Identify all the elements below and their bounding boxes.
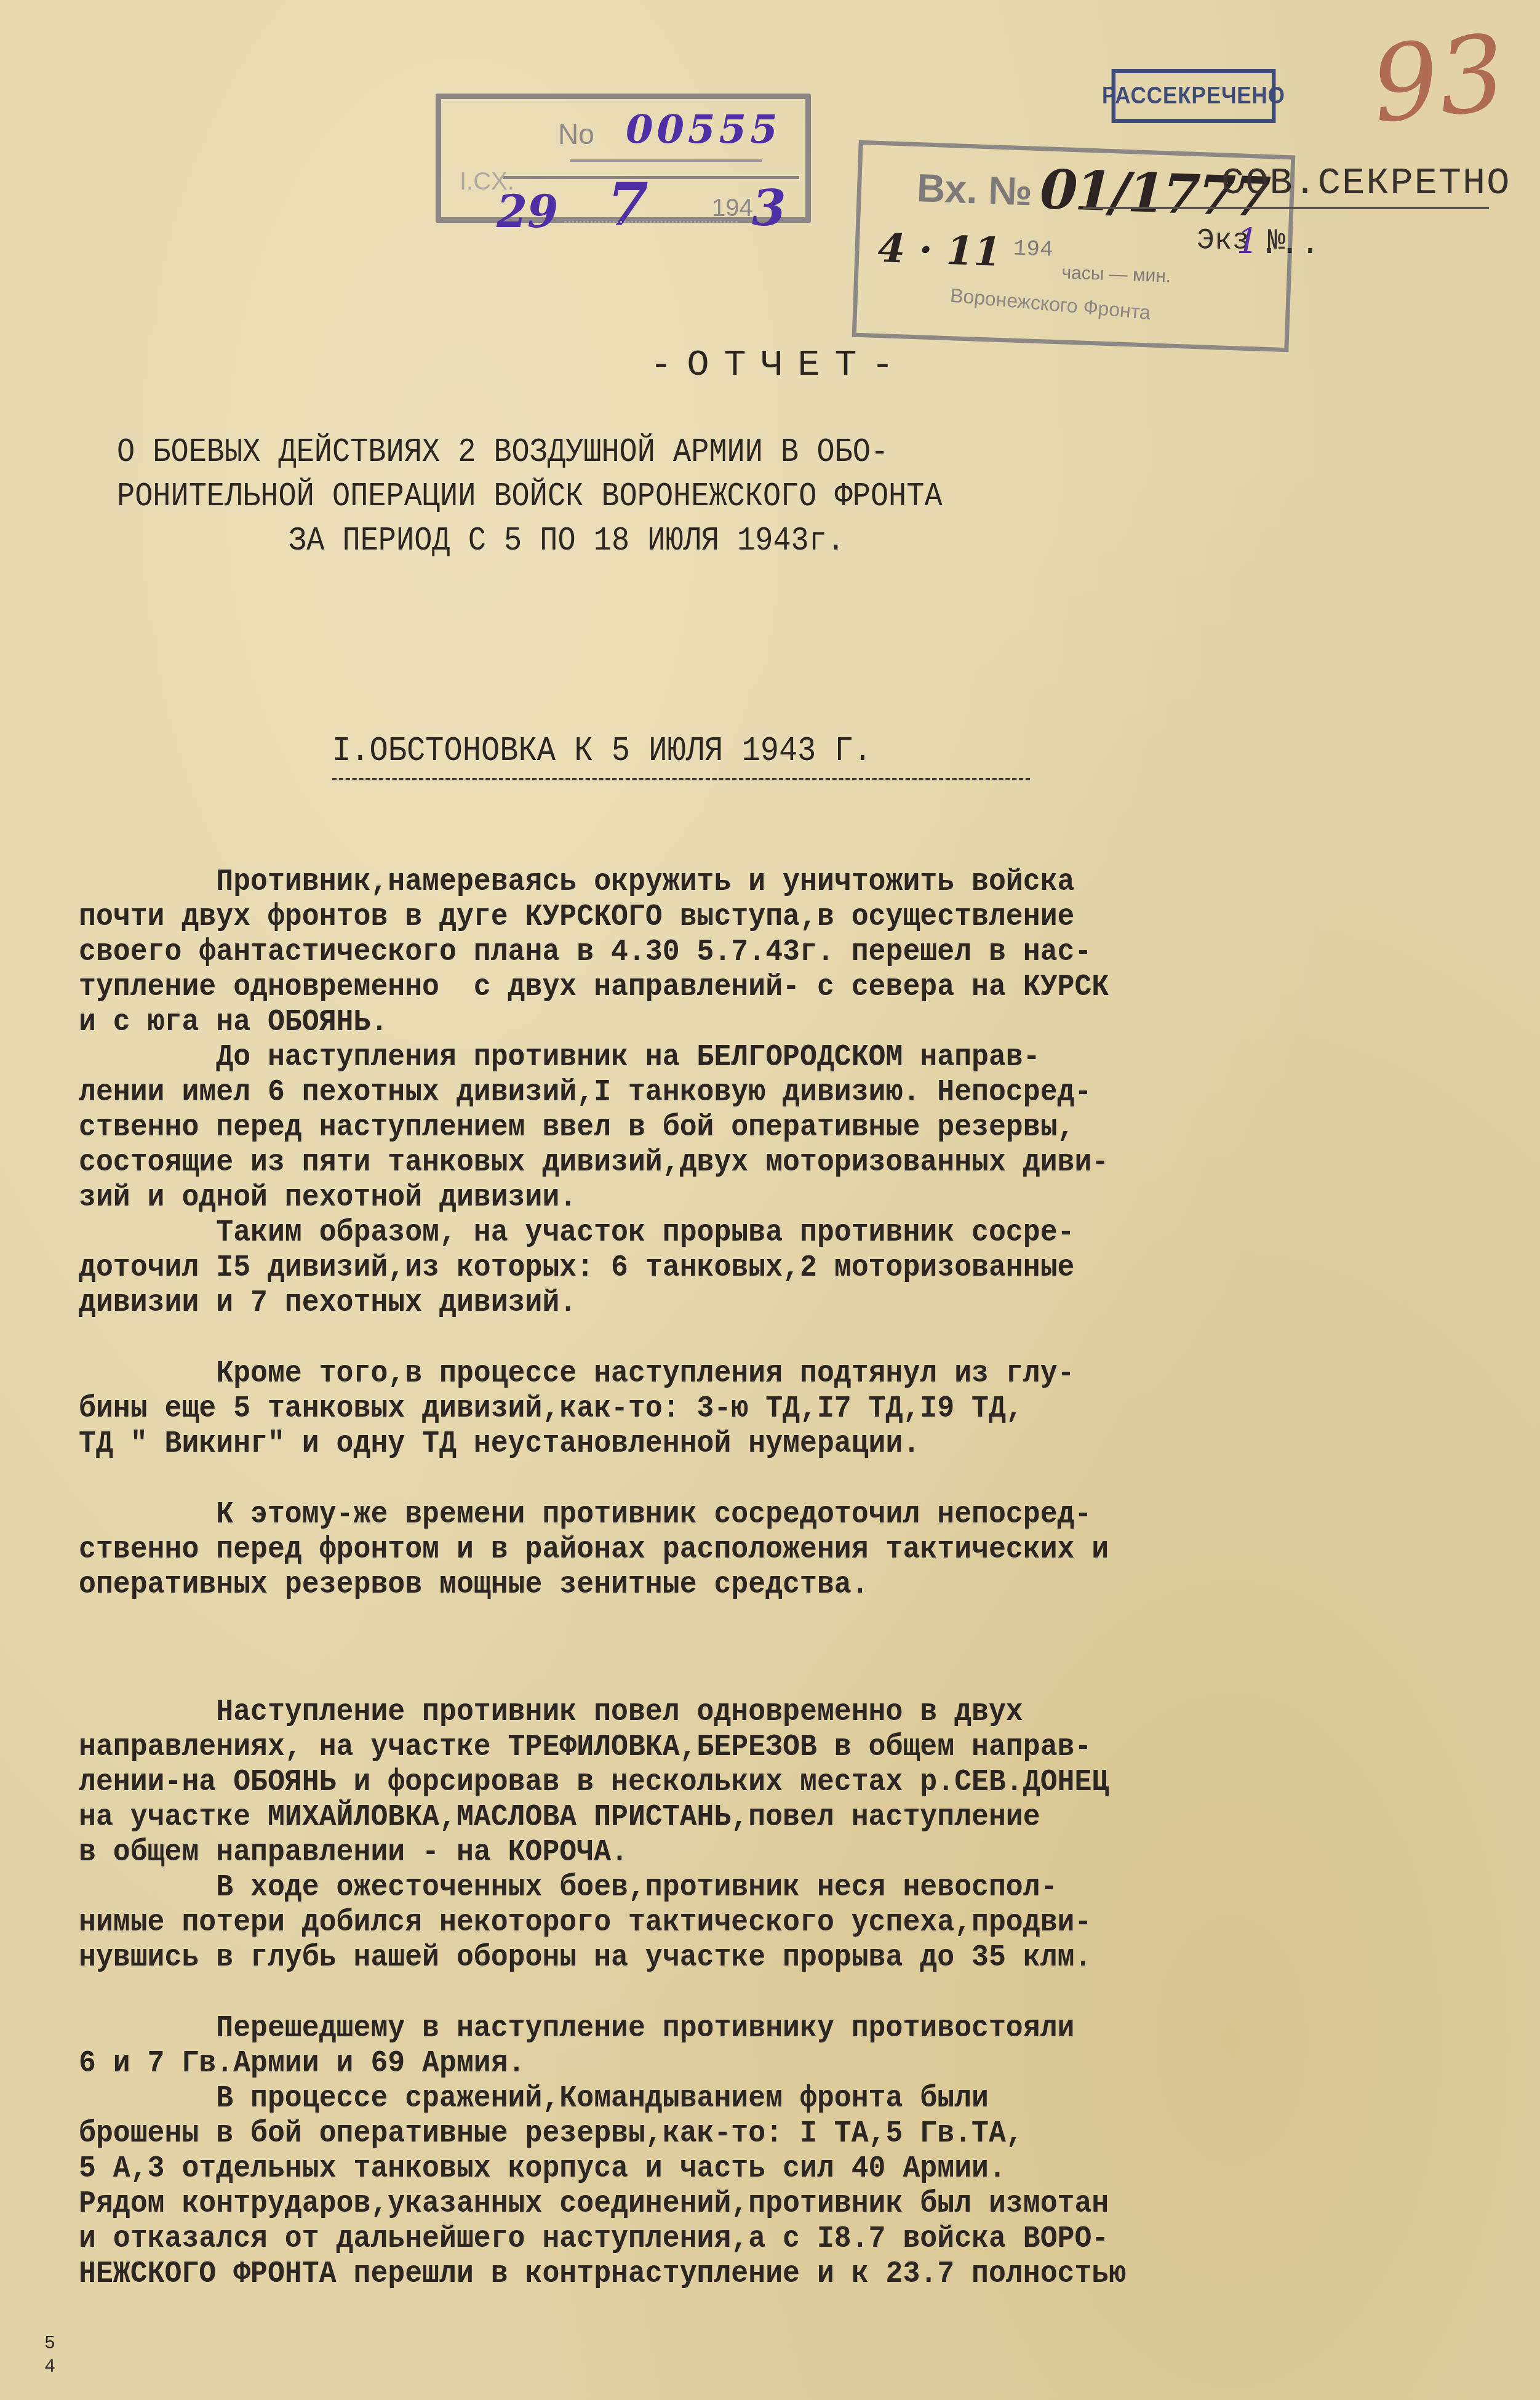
paragraph: Перешедшему в наступление противнику про… (79, 2011, 1531, 2081)
document-page: No 00555 I.CX. 29 7 194 3 РАССЕКРЕЧЕНО 9… (0, 0, 1540, 2400)
document-body: Противник,намереваясь окружить и уничтож… (79, 865, 1531, 2292)
spacer (79, 1462, 1531, 1497)
text-line: доточил I5 дивизий,из которых: 6 танковы… (79, 1250, 1429, 1286)
paragraph: Таким образом, на участок прорыва против… (79, 1215, 1531, 1321)
incoming-year-printed: 194 (1013, 236, 1053, 263)
stamp-dotted-line (564, 221, 738, 223)
spacer (79, 1602, 1531, 1695)
stamp-year-printed: 194 (712, 194, 753, 222)
spacer (79, 1975, 1531, 2011)
text-line: Наступление противник повел одновременно… (79, 1695, 1429, 1730)
section-heading: I.ОБСТОНОВКА К 5 ИЮЛЯ 1943 Г. (332, 731, 1030, 780)
text-line: ТД " Викинг" и одну ТД неустановленной н… (79, 1426, 1429, 1462)
paragraph: В ходе ожесточенных боев,противник неся … (79, 1870, 1531, 1975)
text-line: состоящие из пяти танковых дивизий,двух … (79, 1145, 1429, 1180)
text-line: нимые потери добился некоторого тактичес… (79, 1905, 1429, 1940)
paragraph: В процессе сражений,Командыванием фронта… (79, 2081, 1531, 2292)
text-line: В ходе ожесточенных боев,противник неся … (79, 1870, 1429, 1905)
spacer (79, 1321, 1531, 1356)
stamp-year-handwritten: 3 (752, 179, 786, 237)
text-line: НЕЖСКОГО ФРОНТА перешли в контрнаступлен… (79, 2257, 1429, 2292)
incoming-date: 4 · 11 (877, 225, 1002, 276)
text-line: почти двух фронтов в дуге КУРСКОГО высту… (79, 900, 1429, 935)
text-line: Таким образом, на участок прорыва против… (79, 1215, 1429, 1250)
text-line: нувшись в глубь нашей обороны на участке… (79, 1940, 1429, 1975)
text-line: лении-на ОБОЯНЬ и форсировав в нескольки… (79, 1765, 1429, 1800)
stamp-number-value: 00555 (626, 106, 781, 153)
text-line: 5 А,3 отдельных танковых корпуса и часть… (79, 2151, 1429, 2186)
text-line: тупление одновременно с двух направлений… (79, 970, 1429, 1005)
stamp-rule (570, 159, 762, 162)
text-line: Кроме того,в процессе наступления подтян… (79, 1356, 1429, 1391)
text-line: бины еще 5 танковых дивизий,как-то: 3-ю … (79, 1391, 1429, 1426)
text-line: направлениях, на участке ТРЕФИЛОВКА,БЕРЕ… (79, 1730, 1429, 1765)
text-line: и отказался от дальнейшего наступления,а… (79, 2222, 1429, 2257)
document-title: -ОТЧЕТ- (0, 345, 1540, 386)
classification-underline (1083, 207, 1489, 209)
text-line: оперативных резервов мощные зенитные сре… (79, 1567, 1429, 1602)
subtitle-line: ЗА ПЕРИОД С 5 ПО 18 ИЮЛЯ 1943г. (117, 519, 1169, 564)
text-line: ственно перед наступлением ввел в бой оп… (79, 1110, 1429, 1145)
paragraph: Наступление противник повел одновременно… (79, 1695, 1531, 1870)
subtitle-line: РОНИТЕЛЬНОЙ ОПЕРАЦИИ ВОЙСК ВОРОНЕЖСКОГО … (117, 475, 1169, 519)
paragraph: К этому-же времени противник сосредоточи… (79, 1497, 1531, 1602)
declassified-stamp: РАССЕКРЕЧЕНО (1112, 69, 1276, 123)
classification-mark: СОВ.СЕКРЕТНО (1221, 161, 1510, 205)
stamp-number-label: No (558, 118, 594, 151)
text-line: зий и одной пехотной дивизии. (79, 1180, 1429, 1215)
incoming-organization: Воронежского Фронта (949, 284, 1152, 324)
text-line: Рядом контрударов,указанных соединений,п… (79, 2186, 1429, 2222)
stamp-month: 7 (607, 170, 648, 239)
paragraph: Противник,намереваясь окружить и уничтож… (79, 865, 1531, 1040)
paragraph: До наступления противник на БЕЛГОРОДСКОМ… (79, 1040, 1531, 1215)
incoming-label: Вх. № (916, 165, 1033, 215)
document-subtitle: О БОЕВЫХ ДЕЙСТВИЯХ 2 ВОЗДУШНОЙ АРМИИ В О… (117, 431, 1169, 564)
text-line: лении имел 6 пехотных дивизий,I танковую… (79, 1075, 1429, 1110)
text-line: Перешедшему в наступление противнику про… (79, 2011, 1429, 2046)
registration-stamp: No 00555 I.CX. 29 7 194 3 (436, 94, 811, 223)
text-line: К этому-же времени противник сосредоточи… (79, 1497, 1429, 1532)
copy-number: 1... (1237, 222, 1320, 263)
text-line: на участке МИХАЙЛОВКА,МАСЛОВА ПРИСТАНЬ,п… (79, 1800, 1429, 1835)
text-line: в общем направлении - на КОРОЧА. (79, 1835, 1429, 1870)
incoming-hours-label: часы — мин. (1061, 262, 1171, 287)
stamp-day: 29 (497, 185, 558, 238)
folio-number: 93 (1366, 12, 1511, 147)
text-line: В процессе сражений,Командыванием фронта… (79, 2081, 1429, 2116)
text-line: 6 и 7 Гв.Армии и 69 Армия. (79, 2046, 1429, 2081)
subtitle-line: О БОЕВЫХ ДЕЙСТВИЯХ 2 ВОЗДУШНОЙ АРМИИ В О… (117, 431, 1169, 475)
text-line: дивизии и 7 пехотных дивизий. (79, 1286, 1429, 1321)
text-line: и с юга на ОБОЯНЬ. (79, 1005, 1429, 1040)
text-line: своего фантастического плана в 4.30 5.7.… (79, 935, 1429, 970)
text-line: брошены в бой оперативные резервы,как-то… (79, 2116, 1429, 2151)
margin-mark: 5 4 (44, 2332, 55, 2379)
paragraph: Кроме того,в процессе наступления подтян… (79, 1356, 1531, 1462)
text-line: ственно перед фронтом и в районах распол… (79, 1532, 1429, 1567)
text-line: Противник,намереваясь окружить и уничтож… (79, 865, 1429, 900)
text-line: До наступления противник на БЕЛГОРОДСКОМ… (79, 1040, 1429, 1075)
